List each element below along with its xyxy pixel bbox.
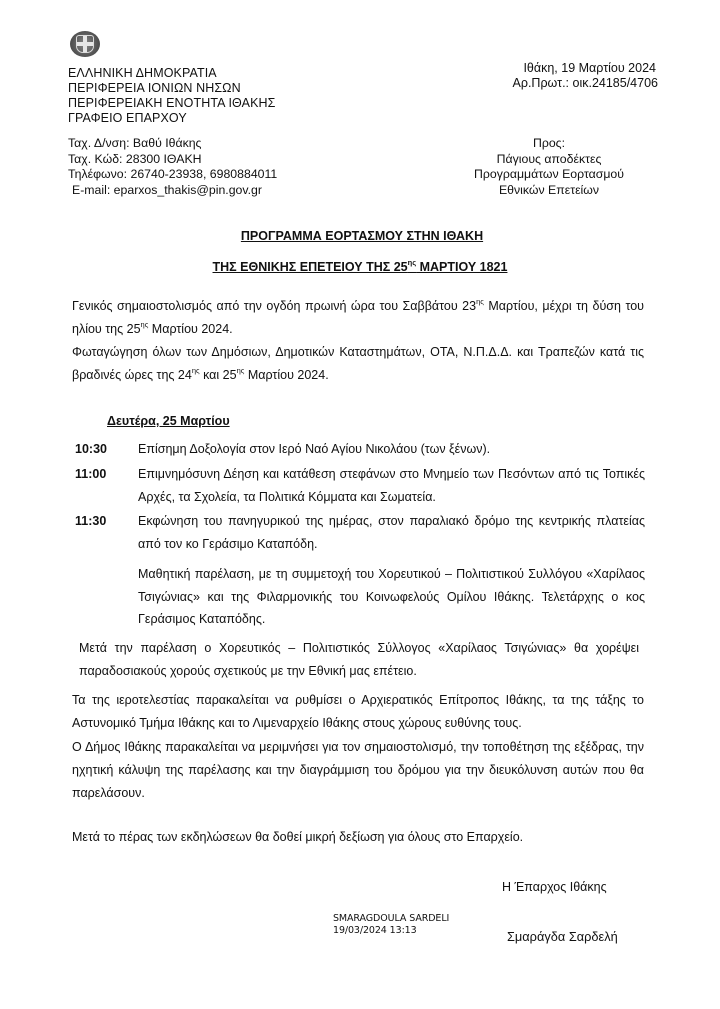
schedule-description: Εκφώνηση του πανηγυρικού της ημέρας, στο…: [138, 510, 645, 556]
postal-code: Ταχ. Κώδ: 28300 ΙΘΑΚΗ: [68, 152, 277, 168]
authority-line: ΓΡΑΦΕΙΟ ΕΠΑΡΧΟΥ: [68, 111, 276, 126]
digital-signature-stamp: SMARAGDOULA SARDELI 19/03/2024 13:13: [333, 913, 449, 936]
schedule-description: Επίσημη Δοξολογία στον Ιερό Ναό Αγίου Νι…: [138, 438, 645, 461]
document-date: Ιθάκη, 19 Μαρτίου 2024: [472, 61, 658, 76]
email-link[interactable]: E-mail: eparxos_thakis@pin.gov.gr: [68, 183, 277, 199]
ceremony-arrangements-paragraph: Τα της ιεροτελεστίας παρακαλείται να ρυθ…: [72, 689, 644, 735]
authority-line: ΠΕΡΙΦΕΡΕΙΑΚΗ ΕΝΟΤΗΤΑ ΙΘΑΚΗΣ: [68, 96, 276, 111]
schedule-item: 11:00 Επιμνημόσυνη Δέηση και κατάθεση στ…: [75, 463, 645, 508]
signer-title: Η Έπαρχος Ιθάκης: [502, 880, 607, 894]
protocol-number: Αρ.Πρωτ.: οικ.24185/4706: [472, 76, 658, 91]
recipient-line: Εθνικών Επετείων: [440, 183, 658, 199]
paragraph-text: Μαρτίου 2024.: [244, 368, 328, 382]
reception-paragraph: Μετά το πέρας των εκδηλώσεων θα δοθεί μι…: [72, 826, 644, 849]
greek-coat-of-arms-icon: [70, 31, 100, 57]
paragraph-text: Γενικός σημαιοστολισμός από την ογδόη πρ…: [72, 299, 476, 313]
municipality-paragraph: Ο Δήμος Ιθάκης παρακαλείται να μεριμνήσε…: [72, 736, 644, 805]
schedule-item: 10:30 Επίσημη Δοξολογία στον Ιερό Ναό Αγ…: [75, 438, 645, 461]
subtitle-text: ΤΗΣ ΕΘΝΙΚΗΣ ΕΠΕΤΕΙΟΥ ΤΗΣ 25: [213, 260, 408, 274]
emblem-cross-horizontal: [77, 42, 93, 46]
ordinal-suffix: ης: [192, 366, 200, 375]
document-title: ΠΡΟΓΡΑΜΜΑ ΕΟΡΤΑΣΜΟΥ ΣΤΗΝ ΙΘΑΚΗ: [0, 229, 720, 243]
subtitle-text: ΜΑΡΤΙΟΥ 1821: [416, 260, 507, 274]
illumination-paragraph: Φωταγώγηση όλων των Δημόσιων, Δημοτικών …: [72, 341, 644, 387]
document-subtitle: ΤΗΣ ΕΘΝΙΚΗΣ ΕΠΕΤΕΙΟΥ ΤΗΣ 25ης ΜΑΡΤΙΟΥ 18…: [0, 260, 720, 274]
phone: Τηλέφωνο: 26740-23938, 6980884011: [68, 167, 277, 183]
paragraph-text: και 25: [200, 368, 237, 382]
schedule-description: Επιμνημόσυνη Δέηση και κατάθεση στεφάνων…: [138, 463, 645, 508]
flag-decoration-paragraph: Γενικός σημαιοστολισμός από την ογδόη πρ…: [72, 295, 644, 341]
stamp-datetime: 19/03/2024 13:13: [333, 925, 449, 937]
ordinal-suffix: ης: [408, 258, 416, 267]
schedule-item: 11:30 Εκφώνηση του πανηγυρικού της ημέρα…: [75, 510, 645, 556]
paragraph-text: Μαρτίου 2024.: [148, 322, 232, 336]
recipient-line: Προγραμμάτων Εορτασμού: [440, 167, 658, 183]
after-parade-paragraph: Μετά την παρέλαση ο Χορευτικός – Πολιτισ…: [79, 637, 639, 683]
schedule-time: 11:00: [75, 463, 135, 486]
parade-paragraph: Μαθητική παρέλαση, με τη συμμετοχή του Χ…: [75, 563, 645, 631]
authority-header: ΕΛΛΗΝΙΚΗ ΔΗΜΟΚΡΑΤΙΑ ΠΕΡΙΦΕΡΕΙΑ ΙΟΝΙΩΝ ΝΗ…: [68, 66, 276, 126]
schedule-day-heading: Δευτέρα, 25 Μαρτίου: [107, 414, 230, 428]
authority-line: ΕΛΛΗΝΙΚΗ ΔΗΜΟΚΡΑΤΙΑ: [68, 66, 276, 81]
authority-line: ΠΕΡΙΦΕΡΕΙΑ ΙΟΝΙΩΝ ΝΗΣΩΝ: [68, 81, 276, 96]
recipient-block: Προς: Πάγιους αποδέκτες Προγραμμάτων Εορ…: [440, 136, 658, 198]
schedule-time: 11:30: [75, 510, 135, 533]
schedule-time: 10:30: [75, 438, 135, 461]
contact-block: Ταχ. Δ/νση: Βαθύ Ιθάκης Ταχ. Κώδ: 28300 …: [68, 136, 277, 198]
stamp-name: SMARAGDOULA SARDELI: [333, 913, 449, 925]
address: Ταχ. Δ/νση: Βαθύ Ιθάκης: [68, 136, 277, 152]
ordinal-suffix: ης: [476, 297, 484, 306]
recipient-line: Πάγιους αποδέκτες: [440, 152, 658, 168]
recipient-label: Προς:: [440, 136, 658, 152]
date-protocol-block: Ιθάκη, 19 Μαρτίου 2024 Αρ.Πρωτ.: οικ.241…: [472, 61, 658, 91]
paragraph-text: Φωταγώγηση όλων των Δημόσιων, Δημοτικών …: [72, 345, 644, 382]
parade-description: Μαθητική παρέλαση, με τη συμμετοχή του Χ…: [138, 563, 645, 631]
signer-name: Σμαράγδα Σαρδελή: [507, 929, 618, 944]
